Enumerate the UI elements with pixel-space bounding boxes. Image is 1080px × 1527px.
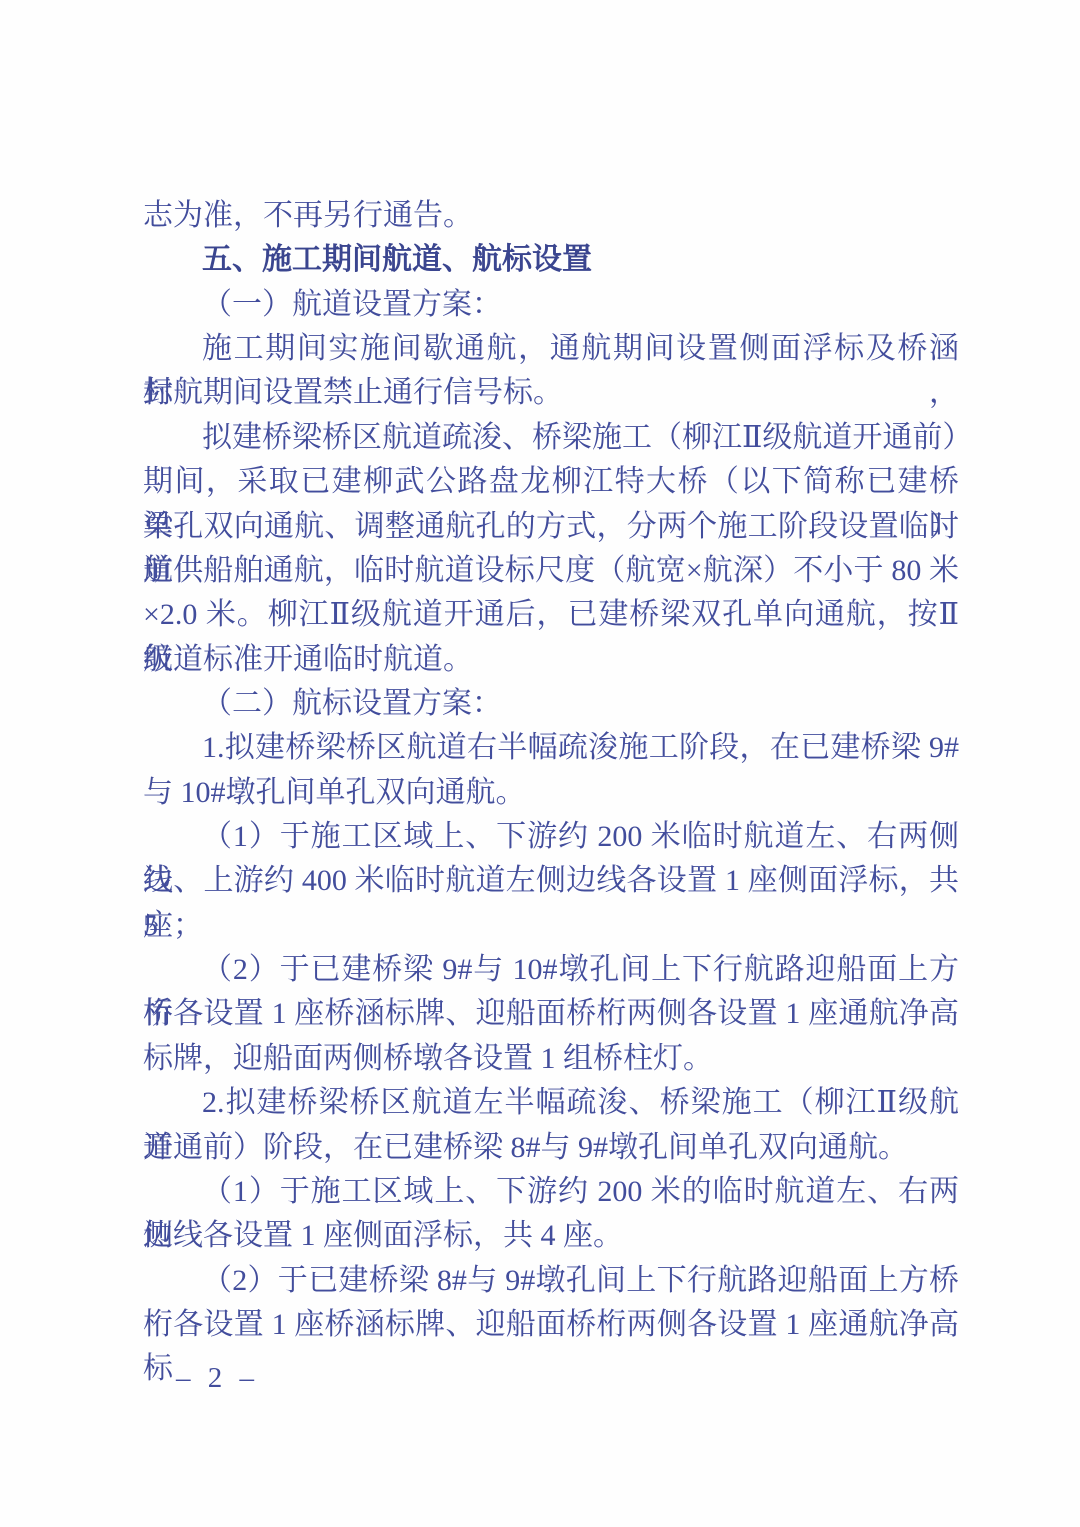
page-number: – 2 – (176, 1362, 259, 1395)
body-line: 道供船舶通航，临时航道设标尺度（航宽×航深）不小于 80 米 (143, 549, 959, 593)
body-line: 标牌，迎船面两侧桥墩各设置 1 组桥柱灯。 (143, 1037, 959, 1081)
body-line: 边线各设置 1 座侧面浮标，共 4 座。 (143, 1214, 959, 1258)
body-line: 1.拟建桥梁桥区航道右半幅疏浚施工阶段，在已建桥梁 9# (143, 726, 959, 770)
body-line: 期间，采取已建柳武公路盘龙柳江特大桥（以下简称已建桥梁） (143, 460, 959, 504)
body-line: 与 10#墩孔间单孔双向通航。 (143, 771, 959, 815)
body-line: 拟建桥梁桥区航道疏浚、桥梁施工（柳江Ⅱ级航道开通前） (143, 416, 959, 460)
body-line: 线、上游约 400 米临时航道左侧边线各设置 1 座侧面浮标，共 5 (143, 859, 959, 903)
body-line: 2.拟建桥梁桥区航道左半幅疏浚、桥梁施工（柳江Ⅱ级航道 (143, 1081, 959, 1125)
sub-heading: （一）航道设置方案： (143, 283, 959, 327)
sub-heading: （二）航标设置方案： (143, 682, 959, 726)
body-line: （1）于施工区域上、下游约 200 米临时航道左、右两侧边 (143, 815, 959, 859)
body-line: 桁各设置 1 座桥涵标牌、迎船面桥桁两侧各设置 1 座通航净高标 (143, 1303, 959, 1347)
body-line: 桁各设置 1 座桥涵标牌、迎船面桥桁两侧各设置 1 座通航净高 (143, 992, 959, 1036)
body-line: 航道标准开通临时航道。 (143, 638, 959, 682)
body-line: （2）于已建桥梁 9#与 10#墩孔间上下行航路迎船面上方桥 (143, 948, 959, 992)
body-line: （2）于已建桥梁 8#与 9#墩孔间上下行航路迎船面上方桥 (143, 1259, 959, 1303)
section-heading: 五、施工期间航道、航标设置 (143, 238, 959, 282)
body-line: 开通前）阶段，在已建桥梁 8#与 9#墩孔间单孔双向通航。 (143, 1126, 959, 1170)
body-line: ×2.0 米。柳江Ⅱ级航道开通后，已建桥梁双孔单向通航，按Ⅱ级 (143, 593, 959, 637)
document-page: 志为准，不再另行通告。 五、施工期间航道、航标设置 （一）航道设置方案： 施工期… (0, 0, 1080, 1527)
body-line: 单孔双向通航、调整通航孔的方式，分两个施工阶段设置临时航 (143, 505, 959, 549)
body-line: （1）于施工区域上、下游约 200 米的临时航道左、右两侧 (143, 1170, 959, 1214)
body-line: 座； (143, 904, 959, 948)
body-line: 志为准，不再另行通告。 (143, 194, 959, 238)
body-line: 施工期间实施间歇通航，通航期间设置侧面浮标及桥涵标， (143, 327, 959, 371)
document-body: 志为准，不再另行通告。 五、施工期间航道、航标设置 （一）航道设置方案： 施工期… (143, 194, 959, 1347)
